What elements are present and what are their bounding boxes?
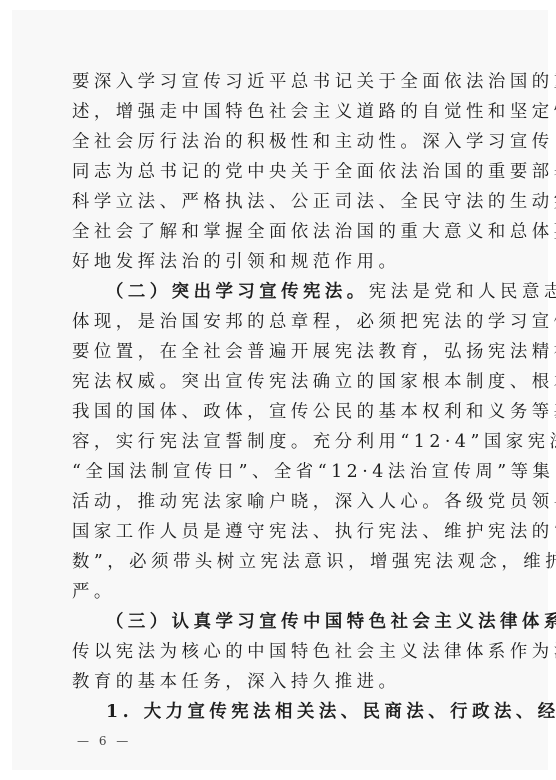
text-line: 严。 [72, 582, 484, 602]
text-line: 同志为总书记的党中央关于全面依法治国的重要部署，宣传 [72, 162, 484, 182]
text-line: 教育的基本任务，深入持久推进。 [72, 672, 484, 692]
list-item-1-heading: 1. 大力宣传宪法相关法、民商法、行政法、经济法、 [106, 702, 556, 722]
text-line: 科学立法、严格执法、公正司法、全民守法的生动实践，使 [72, 192, 484, 212]
section-heading-line: （三）认真学习宣传中国特色社会主义法律体系。把宣 [106, 612, 484, 632]
text-line: 全社会了解和掌握全面依法治国的重大意义和总体要求，更 [72, 222, 484, 242]
text-line: 传以宪法为核心的中国特色社会主义法律体系作为法治宣传 [72, 642, 484, 662]
list-item-heading-line: 1. 大力宣传宪法相关法、民商法、行政法、经济法、 [106, 702, 484, 722]
section-heading-3: （三）认真学习宣传中国特色社会主义法律体系。 [106, 612, 556, 632]
text-line: 宪法权威。突出宣传宪法确立的国家根本制度、根本任务和 [72, 372, 484, 392]
text-span: 宪法是党和人民意志的集中 [369, 282, 556, 302]
text-line: 述，增强走中国特色社会主义道路的自觉性和坚定性，增强 [72, 102, 484, 122]
section-heading-2: （二）突出学习宣传宪法。 [106, 282, 369, 302]
text-line: 国家工作人员是遵守宪法、执行宪法、维护宪法的“关键少 [72, 522, 484, 542]
text-line: 容，实行宪法宣誓制度。充分利用“12·4”国家宪法日暨 [72, 432, 484, 452]
text-line: 要位置，在全社会普遍开展宪法教育，弘扬宪法精神，树立 [72, 342, 484, 362]
text-line: 活动，推动宪法家喻户晓，深入人心。各级党员领导干部和 [72, 492, 484, 512]
section-heading-line: （二）突出学习宣传宪法。宪法是党和人民意志的集中 [106, 282, 484, 302]
text-line: 体现，是治国安邦的总章程，必须把宪法的学习宣传放在首 [72, 312, 484, 332]
text-line: 我国的国体、政体，宣传公民的基本权利和义务等基本内 [72, 402, 484, 422]
text-line: “全国法制宣传日”、全省“12·4法治宣传周”等集中宣传 [72, 462, 484, 482]
page-number: — 6 — [77, 734, 131, 748]
text-line: 要深入学习宣传习近平总书记关于全面依法治国的重要论 [72, 72, 484, 92]
text-line: 数”，必须带头树立宪法意识，增强宪法观念，维护宪法尊 [72, 552, 484, 572]
text-line: 全社会厉行法治的积极性和主动性。深入学习宣传以习近平 [72, 132, 484, 152]
text-line: 好地发挥法治的引领和规范作用。 [72, 252, 484, 272]
